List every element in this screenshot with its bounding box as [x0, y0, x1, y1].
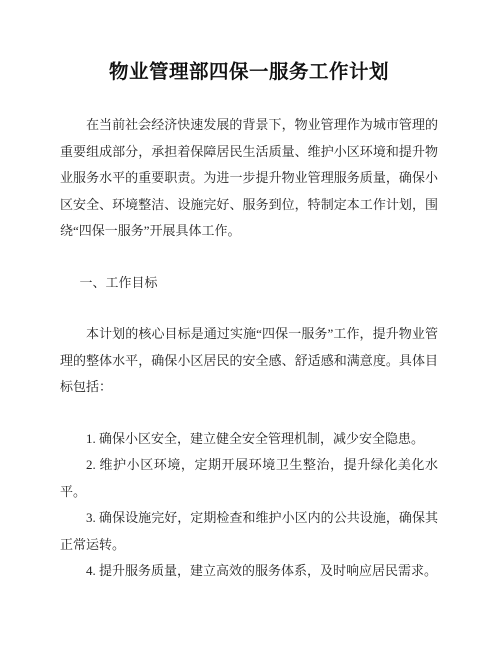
document-page: 物业管理部四保一服务工作计划 在当前社会经济快速发展的背景下，物业管理作为城市管…	[0, 0, 500, 647]
goal-item-2: 2. 维护小区环境，定期开展环境卫生整治，提升绿化美化水平。	[60, 452, 438, 505]
document-content: 物业管理部四保一服务工作计划 在当前社会经济快速发展的背景下，物业管理作为城市管…	[0, 0, 500, 585]
document-title: 物业管理部四保一服务工作计划	[60, 57, 438, 87]
goal-item-4: 4. 提升服务质量，建立高效的服务体系，及时响应居民需求。	[60, 558, 438, 585]
section-heading: 一、工作目标	[60, 270, 438, 297]
goal-item-1: 1. 确保小区安全，建立健全安全管理机制，减少安全隐患。	[60, 426, 438, 453]
intro-paragraph: 在当前社会经济快速发展的背景下，物业管理作为城市管理的重要组成部分，承担着保障居…	[60, 112, 438, 245]
section-intro-paragraph: 本计划的核心目标是通过实施“四保一服务”工作，提升物业管理的整体水平，确保小区居…	[60, 321, 438, 401]
goal-item-3: 3. 确保设施完好，定期检查和维护小区内的公共设施，确保其正常运转。	[60, 505, 438, 558]
